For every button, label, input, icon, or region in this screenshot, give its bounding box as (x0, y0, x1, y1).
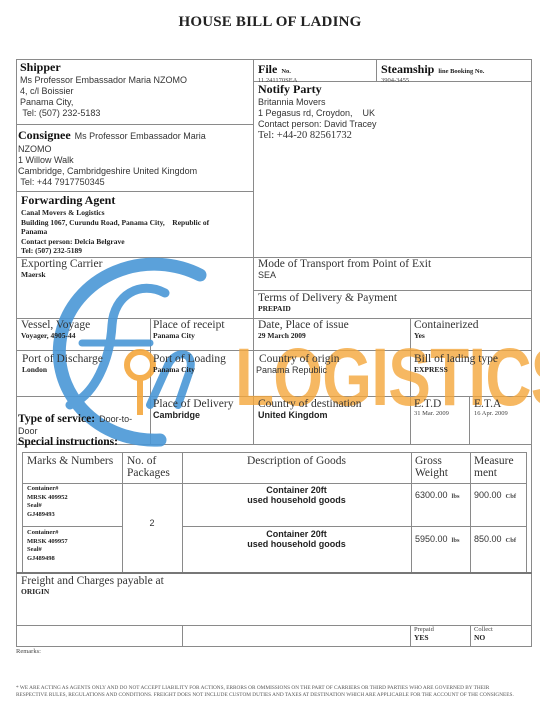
shipper-label: Shipper (20, 60, 187, 75)
notify-party-label: Notify Party (258, 82, 377, 97)
consignee-line: Cambridge, Cambridgeshire United Kingdom (18, 166, 206, 177)
packages-count: 2 (122, 518, 182, 529)
shipper-line: 4, c/l Boissier (20, 86, 187, 97)
forwarding-line: Panama (21, 227, 209, 237)
mode-of-transport-label: Mode of Transport from Point of Exit (258, 258, 431, 270)
weight-header: Gross Weight (415, 455, 448, 479)
marks-line: Container# (27, 529, 68, 538)
measurement: 850.00 Cbf (474, 529, 516, 547)
marks-header: Marks & Numbers (27, 455, 113, 467)
vessel-value: Voyager, 4905-44 (21, 331, 90, 340)
etd-value: 31 Mar. 2009 (414, 410, 449, 417)
bl-type-section: Bill of lading type EXPRESS (414, 353, 498, 374)
weight-value: 6300.00 (415, 490, 448, 500)
exporting-carrier-label: Exporting Carrier (21, 258, 102, 270)
weight-unit: lbs (452, 537, 460, 544)
special-instructions-label: Special instructions: (18, 436, 132, 448)
place-of-receipt-label: Place of receipt (153, 319, 225, 331)
measure-value: 900.00 (474, 490, 502, 500)
measurement: 900.00 Cbf (474, 485, 516, 503)
port-of-discharge-section: Port of Discharge London (22, 353, 103, 374)
freight-value: ORIGIN (21, 587, 164, 596)
port-of-discharge-label: Port of Discharge (22, 353, 103, 365)
measure-header: Measure ment (474, 455, 514, 479)
freight-section: Freight and Charges payable at ORIGIN (21, 575, 164, 596)
marks-line: MRSK 409952 (27, 494, 68, 503)
notify-party-section: Notify Party Britannia Movers 1 Pegasus … (258, 82, 377, 142)
booking-number: 3904-3455 (381, 77, 484, 84)
place-of-delivery-section: Place of Delivery Cambridge (153, 398, 233, 420)
type-of-service-value: Door-to- (99, 414, 132, 424)
collect-section: Collect NO (474, 626, 493, 642)
goods-description: Container 20ft used household goods (182, 485, 411, 505)
packages-header-line: No. of (127, 455, 170, 467)
forwarding-line: Canal Movers & Logistics (21, 208, 209, 218)
date-place-issue-label: Date, Place of issue (258, 319, 349, 331)
remarks-label: Remarks: (16, 648, 41, 655)
eta-section: E.T.A 16 Apr. 2009 (474, 398, 508, 417)
eta-label: E.T.A (474, 398, 508, 410)
gross-weight: 5950.00 lbs (415, 529, 460, 547)
port-of-loading-label: Port of Loading (153, 353, 226, 365)
marks-line: Container# (27, 485, 68, 494)
country-of-origin-label: Country of origin (256, 353, 340, 365)
type-of-service-label: Type of service: (18, 413, 95, 425)
steamship-section: Steamship line Booking No. 3904-3455 (381, 60, 484, 84)
file-label: File (258, 62, 277, 76)
consignee-line: Ms Professor Embassador Maria (75, 131, 206, 141)
consignee-line: NZOMO (18, 144, 206, 155)
collect-label: Collect (474, 626, 493, 633)
terms-section: Terms of Delivery & Payment PREPAID (258, 292, 397, 313)
date-place-issue-section: Date, Place of issue 29 March 2009 (258, 319, 349, 340)
description-line: Container 20ft (182, 485, 411, 495)
terms-label: Terms of Delivery & Payment (258, 292, 397, 304)
steamship-label: Steamship (381, 62, 434, 76)
etd-label: E.T.D (414, 398, 449, 410)
forwarding-line: Building 1067, Curundu Road, Panama City… (21, 218, 209, 228)
country-of-destination-value: United Kingdom (258, 410, 362, 420)
description-header: Description of Goods (182, 455, 411, 467)
containerized-label: Containerized (414, 319, 479, 331)
mode-of-transport-value: SEA (258, 270, 431, 281)
table-row: Container# MRSK 409952 Seal# GJ489493 (27, 485, 68, 519)
vessel-label: Vessel, Voyage (21, 319, 90, 331)
file-no-section: File No. 11.241170SEA (258, 60, 297, 84)
weight-unit: lbs (452, 493, 460, 500)
weight-header-line: Weight (415, 467, 448, 479)
shipper-section: Shipper Ms Professor Embassador Maria NZ… (20, 60, 187, 119)
prepaid-label: Prepaid (414, 626, 434, 633)
mode-of-transport-section: Mode of Transport from Point of Exit SEA (258, 258, 431, 281)
table-row: Container# MRSK 409957 Seal# GJ489498 (27, 529, 68, 563)
port-of-loading-value: Panama City (153, 365, 226, 374)
vessel-section: Vessel, Voyage Voyager, 4905-44 (21, 319, 90, 340)
shipper-line: Panama City, (20, 97, 187, 108)
notify-line: 1 Pegasus rd, Croydon, UK (258, 108, 377, 119)
prepaid-section: Prepaid YES (414, 626, 434, 642)
description-line: used household goods (182, 539, 411, 549)
description-line: used household goods (182, 495, 411, 505)
forwarding-agent-label: Forwarding Agent (21, 193, 209, 208)
notify-tel: Tel: +44-20 82561732 (258, 130, 377, 142)
exporting-carrier-section: Exporting Carrier Maersk (21, 258, 102, 279)
eta-value: 16 Apr. 2009 (474, 410, 508, 417)
weight-value: 5950.00 (415, 534, 448, 544)
type-of-service-value-cont: Door (18, 427, 132, 436)
gross-weight: 6300.00 lbs (415, 485, 460, 503)
notify-line: Contact person: David Tracey (258, 119, 377, 130)
weight-header-line: Gross (415, 455, 448, 467)
document-title: HOUSE BILL OF LADING (0, 14, 540, 31)
marks-line: Seal# (27, 546, 68, 555)
file-sublabel: No. (281, 68, 291, 75)
consignee-section: Consignee Ms Professor Embassador Maria … (18, 126, 206, 188)
consignee-label: Consignee (18, 128, 71, 142)
forwarding-agent-section: Forwarding Agent Canal Movers & Logistic… (21, 193, 209, 256)
consignee-line: 1 Willow Walk (18, 155, 206, 166)
freight-label: Freight and Charges payable at (21, 575, 164, 587)
containerized-section: Containerized Yes (414, 319, 479, 340)
steamship-sublabel: line Booking No. (438, 68, 484, 75)
notify-line: Britannia Movers (258, 97, 377, 108)
forwarding-line: Tel: (507) 232-5189 (21, 246, 209, 256)
packages-header: No. of Packages (127, 455, 170, 479)
type-of-service-section: Type of service: Door-to- Door Special i… (18, 409, 132, 448)
country-of-origin-section: Country of origin Panama Republic (256, 353, 340, 376)
marks-line: GJ489498 (27, 555, 68, 564)
liability-disclaimer: * WE ARE ACTING AS AGENTS ONLY AND DO NO… (16, 685, 516, 699)
measure-unit: Cbf (506, 537, 516, 544)
measure-unit: Cbf (506, 493, 516, 500)
place-of-delivery-label: Place of Delivery (153, 398, 233, 410)
bl-type-value: EXPRESS (414, 365, 498, 374)
port-of-loading-section: Port of Loading Panama City (153, 353, 226, 374)
goods-description: Container 20ft used household goods (182, 529, 411, 549)
date-place-issue-value: 29 March 2009 (258, 331, 349, 340)
packages-header-line: Packages (127, 467, 170, 479)
marks-line: MRSK 409957 (27, 538, 68, 547)
place-of-receipt-section: Place of receipt Panama City (153, 319, 225, 340)
shipper-line: Ms Professor Embassador Maria NZOMO (20, 75, 187, 86)
port-of-discharge-value: London (22, 365, 103, 374)
place-of-delivery-value: Cambridge (153, 410, 233, 420)
description-line: Container 20ft (182, 529, 411, 539)
measure-value: 850.00 (474, 534, 502, 544)
prepaid-value: YES (414, 633, 434, 642)
etd-section: E.T.D 31 Mar. 2009 (414, 398, 449, 417)
exporting-carrier-value: Maersk (21, 270, 102, 279)
country-of-destination-section: Country of destination United Kingdom (258, 398, 362, 420)
country-of-destination-label: Country of destination (258, 398, 362, 410)
marks-line: Seal# (27, 502, 68, 511)
bl-type-label: Bill of lading type (414, 353, 498, 365)
collect-value: NO (474, 633, 493, 642)
forwarding-line: Contact person: Delcia Belgrave (21, 237, 209, 247)
shipper-tel: Tel: (507) 232-5183 (20, 108, 187, 119)
consignee-tel: Tel: +44 7917750345 (18, 177, 206, 188)
measure-header-line: Measure (474, 455, 514, 467)
marks-line: GJ489493 (27, 511, 68, 520)
measure-header-line: ment (474, 467, 514, 479)
containerized-value: Yes (414, 331, 479, 340)
country-of-origin-value: Panama Republic (256, 365, 340, 376)
terms-value: PREPAID (258, 304, 397, 313)
place-of-receipt-value: Panama City (153, 331, 225, 340)
